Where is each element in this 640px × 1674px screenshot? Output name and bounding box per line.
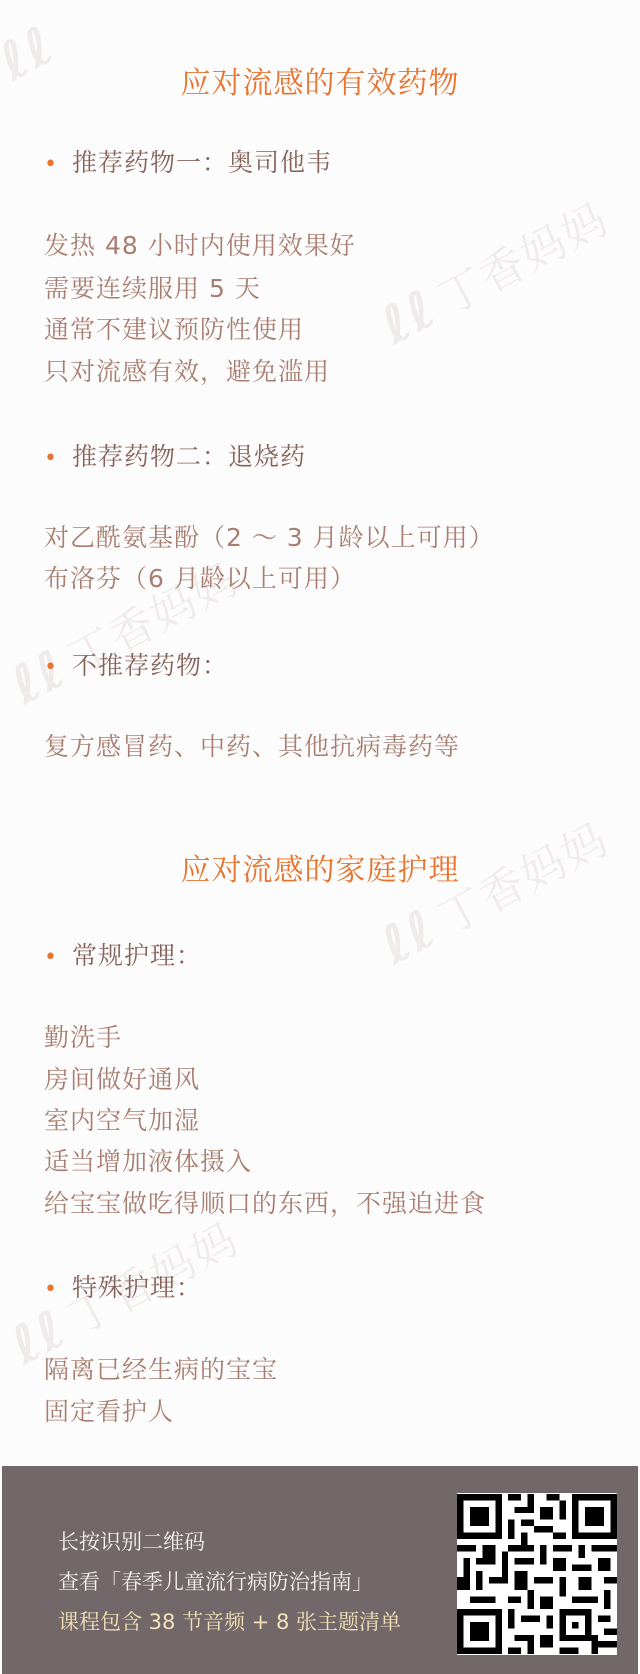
bullet-heading: •推荐药物一：奥司他韦 (44, 143, 332, 179)
watermark: ℓℓ丁香妈妈 (370, 184, 618, 356)
promo-line-contents: 课程包含 38 节音频 + 8 张主题清单 (58, 1606, 401, 1636)
list-item: 勤洗手 (44, 1018, 122, 1054)
qr-code[interactable] (457, 1493, 617, 1655)
bullet-heading: •特殊护理： (44, 1268, 202, 1304)
list-item: 固定看护人 (44, 1392, 174, 1428)
bullet-dot-icon: • (44, 945, 58, 970)
promo-line-course: 查看「春季儿童流行病防治指南」 (58, 1566, 373, 1596)
list-item: 室内空气加湿 (44, 1101, 200, 1137)
bullet-heading: •推荐药物二：退烧药 (44, 437, 306, 473)
section-title: 应对流感的有效药物 (0, 58, 640, 102)
bullet-dot-icon: • (44, 655, 58, 680)
section-title: 应对流感的家庭护理 (0, 845, 640, 889)
list-item: 给宝宝做吃得顺口的东西，不强迫进食 (44, 1184, 486, 1220)
bullet-dot-icon: • (44, 446, 58, 471)
bullet-heading: •常规护理： (44, 936, 202, 972)
list-item: 适当增加液体摄入 (44, 1142, 252, 1178)
list-item: 需要连续服用 5 天 (44, 269, 261, 305)
watermark: ℓℓ丁香妈妈 (370, 804, 618, 976)
list-item: 对乙酰氨基酚（2 ～ 3 月龄以上可用） (44, 518, 495, 554)
promo-line-scan: 长按识别二维码 (58, 1526, 205, 1556)
bullet-heading: •不推荐药物： (44, 646, 228, 682)
list-item: 只对流感有效，避免滥用 (44, 352, 330, 388)
list-item: 隔离已经生病的宝宝 (44, 1350, 278, 1386)
list-item: 布洛芬（6 月龄以上可用） (44, 559, 356, 595)
bullet-dot-icon: • (44, 1277, 58, 1302)
list-item: 发热 48 小时内使用效果好 (44, 226, 356, 262)
list-item: 房间做好通风 (44, 1060, 200, 1096)
list-item: 复方感冒药、中药、其他抗病毒药等 (44, 727, 460, 763)
bullet-dot-icon: • (44, 152, 58, 177)
qr-code-icon (457, 1493, 617, 1655)
promo-footer: 长按识别二维码 查看「春季儿童流行病防治指南」 课程包含 38 节音频 + 8 … (2, 1466, 638, 1674)
list-item: 通常不建议预防性使用 (44, 310, 304, 346)
